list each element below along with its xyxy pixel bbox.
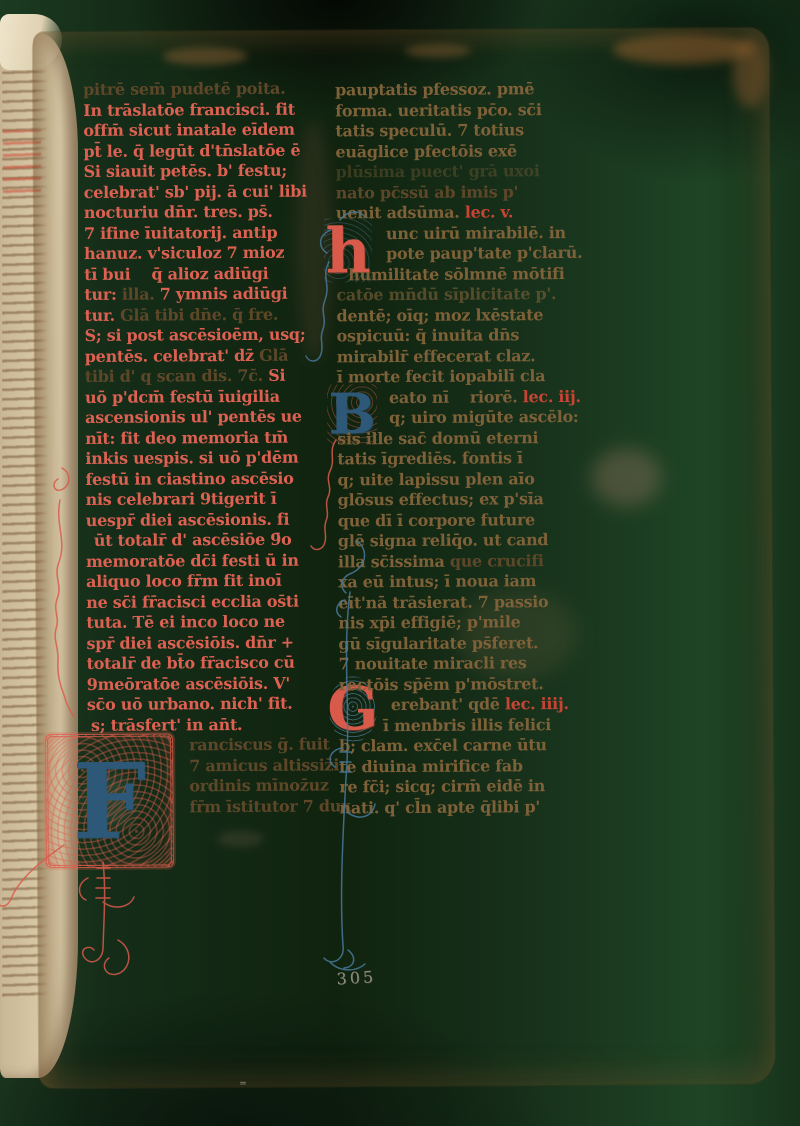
text-segment: tatis īgrediēs. fontis ī	[337, 448, 523, 468]
text-line: ī morte fecit iopabilī cla	[337, 366, 545, 387]
text-segment: In trāslatōe francisci. fit	[83, 99, 295, 119]
text-line: rectōis sp̄ēm p'mōstret.	[339, 674, 544, 695]
text-line: tī bui q̄ alioz adiūgi	[84, 263, 268, 284]
text-segment: ī menbris illis felici	[383, 715, 551, 735]
text-line: euāglice pfectōis exē	[335, 141, 516, 162]
text-segment: memoratōe dc̄i festi ū in	[86, 550, 299, 570]
text-line: nocturiu dn̄r. tres. ps̄.	[84, 202, 273, 223]
stain	[163, 47, 247, 66]
text-segment: spr̄ diei ascēsiōis. dn̄r +	[86, 632, 293, 652]
stain	[218, 831, 264, 847]
text-line: eīt'nā trāsierat. 7 passio	[338, 592, 548, 613]
text-segment: pote paup'tate p'clarū.	[386, 243, 582, 263]
text-segment: nis xp̄i effigiē; p'mile	[338, 612, 520, 632]
text-segment: ascensionis ul' pentēs ue	[85, 407, 302, 427]
text-segment: illa sc̄issima	[338, 551, 450, 571]
text-line: pote paup'tate p'clarū.	[386, 243, 582, 264]
text-line: erebant' qdē lec. iiij.	[391, 694, 569, 715]
gutter-shadow	[33, 32, 85, 1088]
text-segment: sis ille sac̄ domū eterni	[337, 428, 538, 448]
text-line: 7 ifine īuitatorij. antip	[84, 222, 277, 243]
manuscript-page: F h B G pitrē sem̄ pudetē poita.In trāsl…	[33, 28, 775, 1088]
text-segment: offm̄ sicut inatale eīdem	[83, 120, 295, 140]
text-segment: s; trāsfert' in an̄t.	[91, 714, 242, 734]
text-segment: catōe mn̄dū sīplicitate p'.	[336, 284, 556, 304]
text-segment: totalr̄ de bt̄o fr̄acisco cū	[87, 653, 295, 673]
text-line: humilitate sōlmnē mōtifi	[348, 264, 564, 285]
text-segment: celebrat' sb' pij. ā cui' libi	[84, 181, 307, 201]
text-segment: tī bui q̄ alioz adiūgi	[84, 263, 268, 283]
text-segment: tur:	[84, 285, 122, 304]
text-segment: lec. iij.	[523, 386, 581, 405]
text-segment: illa.	[122, 285, 155, 304]
text-line: pt̄ le. q̄ legūt d'tn̄slatōe ē	[83, 140, 300, 161]
text-line: dentē; oīq; moz lxēstate	[336, 305, 543, 326]
text-segment: nis celebrari 9tigerit ī	[86, 489, 277, 509]
text-segment: Glā	[259, 345, 288, 364]
margin-mark: =	[239, 1079, 247, 1089]
text-line: S; si post ascēsioēm, usq;	[85, 325, 306, 346]
stain	[405, 44, 471, 58]
text-segment: erebant' qdē	[391, 694, 505, 714]
text-line: offm̄ sicut inatale eīdem	[83, 120, 295, 141]
text-line: catōe mn̄dū sīplicitate p'.	[336, 284, 556, 305]
text-line: que dī ī corpore future	[338, 510, 535, 531]
text-line: nato pc̄ssū ab imis p'	[336, 182, 518, 203]
text-line: te diuina mirifice fab	[339, 756, 523, 777]
text-line: ne sc̄i fr̄acisci ecclia os̄ti	[86, 591, 299, 612]
text-segment: sc̄o uō urbano. nich' fit.	[87, 694, 293, 714]
text-segment: tur.	[84, 305, 120, 324]
text-line: tatis speculū. 7 totius	[335, 120, 524, 141]
text-line: illa sc̄issima que crucifi	[338, 551, 544, 572]
text-segment: ospicuū: q̄ inuita dn̄s	[337, 325, 520, 345]
text-line: ūt totalr̄ d' ascēsiōe 9̄o	[94, 530, 292, 551]
photo-background: F h B G pitrē sem̄ pudetē poita.In trāsl…	[0, 0, 800, 1126]
text-line: hanuz. v'siculoz 7 mioz	[84, 243, 284, 264]
text-segment: humilitate sōlmnē mōtifi	[348, 264, 564, 284]
text-line: spr̄ diei ascēsiōis. dn̄r +	[86, 632, 293, 653]
text-line: uō p'dcm̄ festū īuigilia	[85, 386, 280, 407]
text-segment: festū in ciastino ascēsio	[85, 468, 293, 488]
text-line: plūsima puect' grā uxoi	[336, 161, 540, 182]
text-column-right: pauptatis pfessoz. pmēforma. ueritatis p…	[33, 28, 769, 32]
text-segment: nīt: fit deo memoria tm̄	[85, 427, 288, 447]
text-line: 9meōratōe ascēsiōis. V'	[87, 673, 290, 694]
text-line: sc̄o uō urbano. nich' fit.	[87, 694, 293, 715]
text-line: ī menbris illis felici	[383, 715, 551, 736]
folio-number: 305	[336, 967, 377, 988]
text-segment: xa eū intus; ī noua iam	[338, 571, 536, 591]
text-segment: q; uiro migūte ascēlo:	[389, 407, 578, 427]
text-line: inkis uespis. si uō p'dēm	[85, 448, 298, 469]
text-line: tatis īgrediēs. fontis ī	[337, 448, 523, 469]
text-segment: ūt totalr̄ d' ascēsiōe 9̄o	[94, 530, 292, 550]
text-segment: eato nī riorē.	[389, 387, 523, 407]
text-line: nīt: fit deo memoria tm̄	[85, 427, 288, 448]
text-segment: glōsus effectus; ex p'sīa	[338, 489, 544, 509]
text-line: Si siauit petēs. b' festu;	[84, 161, 287, 182]
text-column-left: pitrē sem̄ pudetē poita.In trāslatōe fra…	[33, 28, 769, 32]
text-line: tuta. Tē ei inco loco ne	[86, 612, 285, 633]
text-line: sis ille sac̄ domū eterni	[337, 428, 538, 449]
text-line: pauptatis pfessoz. pmē	[335, 79, 534, 100]
text-line: nis xp̄i effigiē; p'mile	[338, 612, 520, 633]
text-segment: ī morte fecit iopabilī cla	[337, 366, 545, 386]
text-segment: te diuina mirifice fab	[339, 756, 523, 776]
text-segment: eīt'nā trāsierat. 7 passio	[338, 592, 548, 612]
text-segment: 7 ymnis adiūgi	[154, 284, 287, 304]
text-segment: nato pc̄ssū ab imis p'	[336, 182, 518, 202]
text-segment: euāglice pfectōis exē	[335, 141, 516, 161]
text-segment: pt̄ le. q̄ legūt d'tn̄slatōe ē	[83, 140, 300, 160]
text-line: gū sīgularitate ps̄feret.	[338, 633, 538, 654]
text-line: ospicuū: q̄ inuita dn̄s	[337, 325, 520, 346]
text-segment: lec. v.	[465, 202, 513, 221]
text-segment: glē signa reliq̄o. ut cand	[338, 530, 548, 550]
text-segment: ne sc̄i fr̄acisci ecclia os̄ti	[86, 591, 299, 611]
text-line: re fc̄i; sicq; cirm̄ eidē in	[339, 776, 545, 797]
text-line: uespr̄ diei ascēsionis. fi	[86, 509, 290, 530]
text-line: tibi d' q scan dis. 7c̄. Si	[85, 366, 285, 387]
text-segment: 9meōratōe ascēsiōis. V'	[87, 673, 290, 693]
text-segment: mirabilr̄ effecerat claz.	[337, 346, 536, 366]
text-segment: Si	[268, 366, 285, 385]
text-segment: lec. iiij.	[505, 694, 569, 713]
text-segment: uō p'dcm̄ festū īuigilia	[85, 386, 280, 406]
text-segment: tuta. Tē ei inco loco ne	[86, 612, 285, 632]
text-segment: que dī ī corpore future	[338, 510, 535, 530]
text-line: fr̄m īstitutor 7 dux.	[189, 796, 355, 817]
text-line: unc uirū mirabilē. in	[386, 223, 566, 244]
text-segment: inkis uespis. si uō p'dēm	[85, 448, 298, 468]
text-segment: que crucifi	[450, 551, 544, 571]
text-line: xa eū intus; ī noua iam	[338, 571, 536, 592]
text-segment: Si siauit petēs. b' festu;	[84, 161, 287, 181]
initial-letter: F	[72, 739, 147, 862]
text-segment: pauptatis pfessoz. pmē	[335, 79, 534, 99]
text-line: nati. q' cl̄n apte q̄libi p'	[339, 797, 540, 818]
text-segment: re fc̄i; sicq; cirm̄ eidē in	[339, 776, 545, 796]
text-segment: plūsima puect' grā uxoi	[336, 161, 540, 181]
text-line: ascensionis ul' pentēs ue	[85, 407, 302, 428]
text-segment: ranciscus ḡ. fuit	[189, 734, 330, 754]
text-line: tur. Glā tibi dn̄e. q̄ fre.	[84, 304, 278, 325]
text-line: celebrat' sb' pij. ā cui' libi	[84, 181, 307, 202]
text-segment: tatis speculū. 7 totius	[335, 120, 524, 140]
text-line: q; uite lapissu plen aīo	[337, 469, 534, 490]
text-line: memoratōe dc̄i festi ū in	[86, 550, 299, 571]
text-segment: 7 amicus altissiz̄i	[189, 755, 339, 775]
stain	[591, 448, 661, 506]
decorated-initial-F: F	[45, 733, 174, 868]
text-line: In trāslatōe francisci. fit	[83, 99, 295, 120]
text-line: s; trāsfert' in an̄t.	[91, 714, 242, 735]
text-line: 7 amicus altissiz̄i	[189, 755, 339, 776]
text-line: glōsus effectus; ex p'sīa	[338, 489, 544, 510]
text-segment: uespr̄ diei ascēsionis. fi	[86, 509, 290, 529]
text-line: pentēs. celebrat' dz̄ Glā	[85, 345, 289, 366]
text-line: uenit adsūma. lec. v.	[336, 202, 513, 223]
text-line: 7 nouitate miracli res	[339, 653, 527, 674]
text-line: festū in ciastino ascēsio	[85, 468, 293, 489]
text-segment: tibi d' q scan dis. 7c̄.	[85, 366, 268, 386]
text-segment: ordinis mīnoz̄uz	[189, 775, 328, 795]
text-line: ordinis mīnoz̄uz	[189, 775, 328, 796]
text-segment: fr̄m īstitutor 7 dux.	[189, 796, 355, 816]
text-segment: gū sīgularitate ps̄feret.	[338, 633, 538, 653]
text-segment: nocturiu dn̄r. tres. ps̄.	[84, 202, 273, 222]
text-line: glē signa reliq̄o. ut cand	[338, 530, 548, 551]
text-segment: nati. q' cl̄n apte q̄libi p'	[339, 797, 540, 817]
text-line: q; uiro migūte ascēlo:	[389, 407, 578, 428]
stain	[733, 38, 767, 108]
text-segment: 7 ifine īuitatorij. antip	[84, 222, 277, 242]
text-segment: S; si post ascēsioēm, usq;	[85, 325, 306, 345]
text-segment: aliquo loco fr̄m fit inoī	[86, 571, 281, 591]
text-line: forma. ueritatis pc̄o. sc̄i	[335, 100, 541, 121]
text-line: b; clam. exc̄el carne ūtu	[339, 735, 547, 756]
text-segment: b; clam. exc̄el carne ūtu	[339, 735, 547, 755]
stain	[613, 34, 753, 65]
text-segment: Glā tibi dn̄e. q̄ fre.	[120, 304, 278, 324]
text-line: tur: illa. 7 ymnis adiūgi	[84, 284, 287, 305]
text-line: aliquo loco fr̄m fit inoī	[86, 571, 281, 592]
text-line: pitrē sem̄ pudetē poita.	[83, 79, 285, 100]
text-line: nis celebrari 9tigerit ī	[86, 489, 277, 510]
text-line: eato nī riorē. lec. iij.	[389, 386, 581, 407]
text-segment: unc uirū mirabilē. in	[386, 223, 566, 243]
text-segment: pitrē sem̄ pudetē poita.	[83, 79, 285, 99]
text-segment: pentēs. celebrat' dz̄	[85, 345, 259, 365]
text-segment: uenit adsūma.	[336, 203, 465, 223]
text-segment: forma. ueritatis pc̄o. sc̄i	[335, 100, 541, 120]
text-segment: rectōis sp̄ēm p'mōstret.	[339, 674, 544, 694]
text-segment: 7 nouitate miracli res	[339, 653, 527, 673]
text-segment: dentē; oīq; moz lxēstate	[336, 305, 543, 325]
text-segment: hanuz. v'siculoz 7 mioz	[84, 243, 284, 263]
text-segment: q; uite lapissu plen aīo	[337, 469, 534, 489]
text-line: totalr̄ de bt̄o fr̄acisco cū	[87, 653, 295, 674]
text-line: ranciscus ḡ. fuit	[189, 734, 330, 755]
text-line: mirabilr̄ effecerat claz.	[337, 346, 536, 367]
